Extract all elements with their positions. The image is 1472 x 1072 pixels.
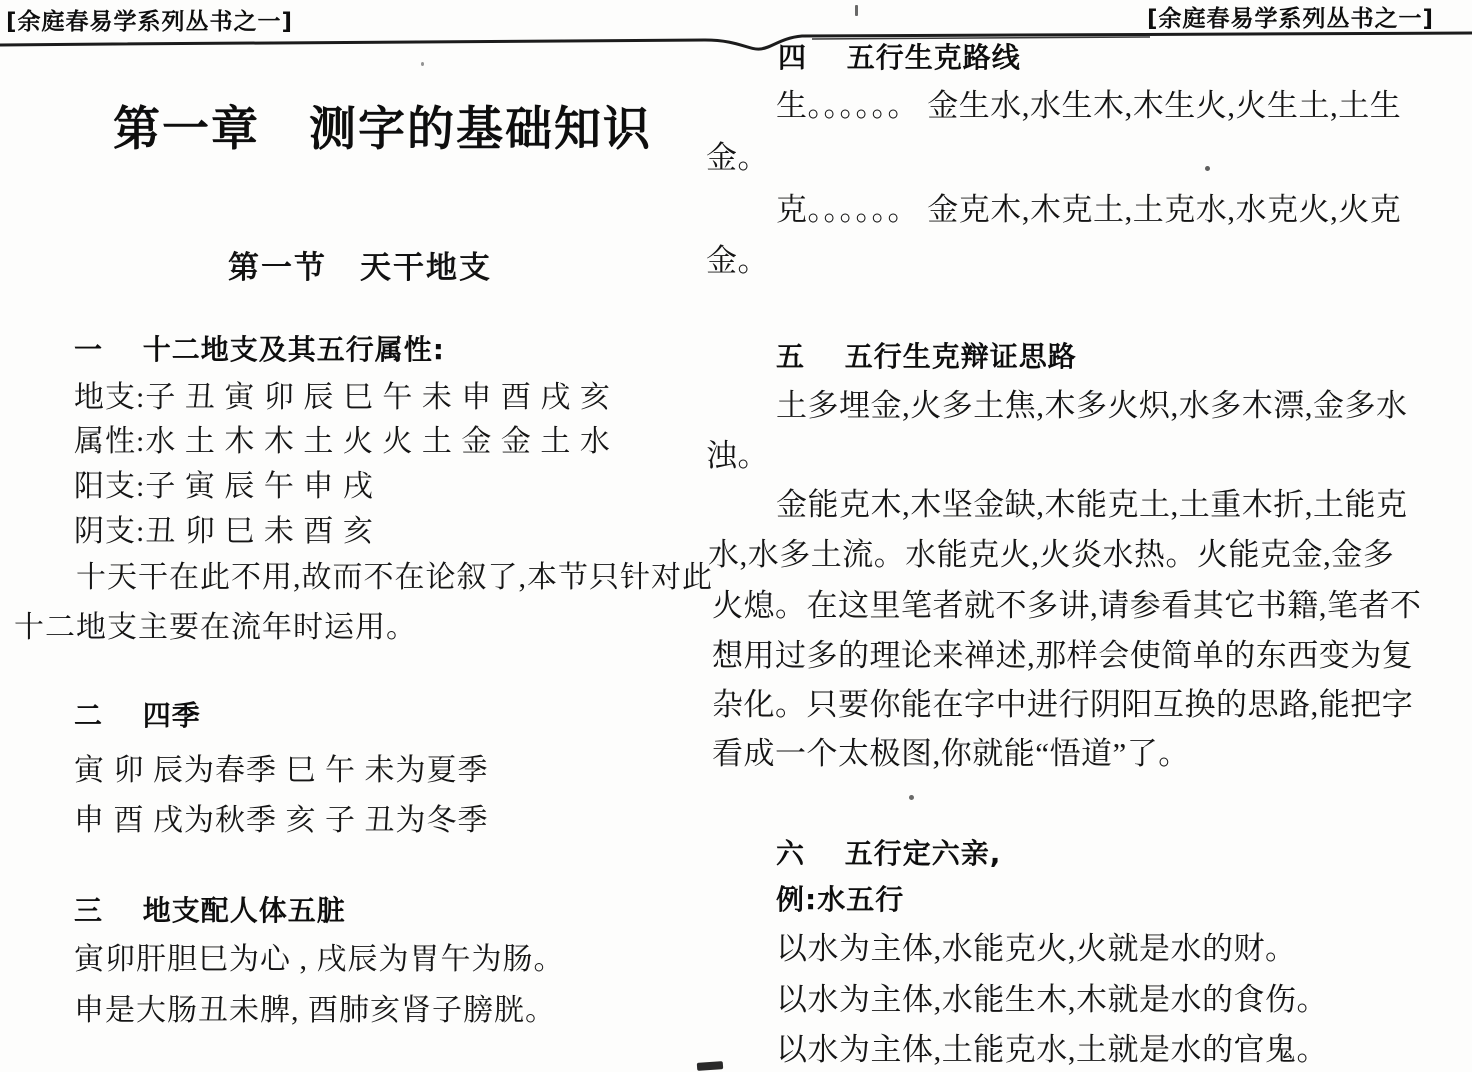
heading-twelve-branches: 一 十二地支及其五行属性: <box>74 336 445 364</box>
seasons-autumn-winter-line: 申 酉 戌为秋季 亥 子 丑为冬季 <box>74 806 489 836</box>
dialectic-line2: 浊。 <box>706 440 769 471</box>
dialectic-line5: 火熄。在这里笔者就不多讲,请参看其它书籍,笔者不 <box>712 590 1422 621</box>
dialectic-line6: 想用过多的理论来禅述,那样会使简单的东西变为复 <box>712 640 1413 671</box>
earthly-branches-line: 地支:子 丑 寅 卯 辰 巳 午 未 申 酉 戌 亥 <box>74 383 611 413</box>
organs-line1: 寅卯肝胆巳为心 , 戌辰为胃午为肠。 <box>74 945 565 975</box>
dialectic-line4: 水,水多土流。水能克火,火炎水热。火能克金,金多 <box>708 539 1394 570</box>
heading-generating-overcoming-paths: 四 五行生克路线 <box>778 44 1021 72</box>
scan-artifact <box>909 795 914 800</box>
heading-six-relations-line1: 六 五行定六亲, <box>776 840 1001 868</box>
scan-artifact <box>697 1061 723 1071</box>
heading-branches-organs: 三 地支配人体五脏 <box>74 897 346 925</box>
scan-artifact <box>421 62 424 66</box>
organs-line2: 申是大肠丑未脾, 酉肺亥肾子膀胱。 <box>74 996 556 1026</box>
generating-cycle-line1: 生。。。。。。 金生水,水生木,木生火,火生土,土生 <box>776 90 1401 121</box>
element-attributes-line: 属性:水 土 木 木 土 火 火 土 金 金 土 水 <box>74 427 611 457</box>
yin-branches-line: 阴支:丑 卯 巳 未 酉 亥 <box>74 517 374 547</box>
water-element-line3: 以水为主体,土能克水,土就是水的官鬼。 <box>776 1034 1328 1065</box>
seasons-spring-summer-line: 寅 卯 辰为春季 巳 午 未为夏季 <box>74 756 489 786</box>
dialectic-line8: 看成一个太极图,你就能“悟道”了。 <box>712 738 1190 769</box>
water-element-line2: 以水为主体,水能生木,木就是水的食伤。 <box>776 984 1328 1015</box>
heading-dialectical-thinking: 五 五行生克辩证思路 <box>776 343 1077 371</box>
chapter-title: 第一章 测字的基础知识 <box>113 106 652 153</box>
scan-artifact <box>855 5 858 16</box>
book-spread: [余庭春易学系列丛书之一] [余庭春易学系列丛书之一] 第一章 测字的基础知识 … <box>0 0 1472 1072</box>
heading-six-relations-line2: 例:水五行 <box>776 886 904 914</box>
overcoming-cycle-line1: 克。。。。。。 金克木,木克土,土克水,水克火,火克 <box>776 194 1401 225</box>
water-element-line1: 以水为主体,水能克火,火就是水的财。 <box>776 933 1297 964</box>
header-rule <box>0 0 1472 60</box>
dialectic-line3: 金能克木,木坚金缺,木能克土,土重木折,土能克 <box>776 489 1408 520</box>
overcoming-cycle-line2: 金。 <box>706 245 769 276</box>
generating-cycle-line2: 金。 <box>706 142 769 173</box>
dialectic-line7: 杂化。只要你能在字中进行阴阳互换的思路,能把字 <box>712 689 1413 720</box>
yang-branches-line: 阳支:子 寅 辰 午 申 戌 <box>74 472 374 502</box>
heavenly-stems-note-line1: 十天干在此不用,故而不在论叙了,本节只针对此 <box>76 563 713 593</box>
heading-four-seasons: 二 四季 <box>74 702 201 730</box>
scan-artifact <box>1205 166 1210 171</box>
dialectic-line1: 土多埋金,火多土焦,木多火炽,水多木漂,金多水 <box>776 390 1408 421</box>
heavenly-stems-note-line2: 十二地支主要在流年时运用。 <box>14 613 417 643</box>
section-title: 第一节 天干地支 <box>228 252 492 283</box>
